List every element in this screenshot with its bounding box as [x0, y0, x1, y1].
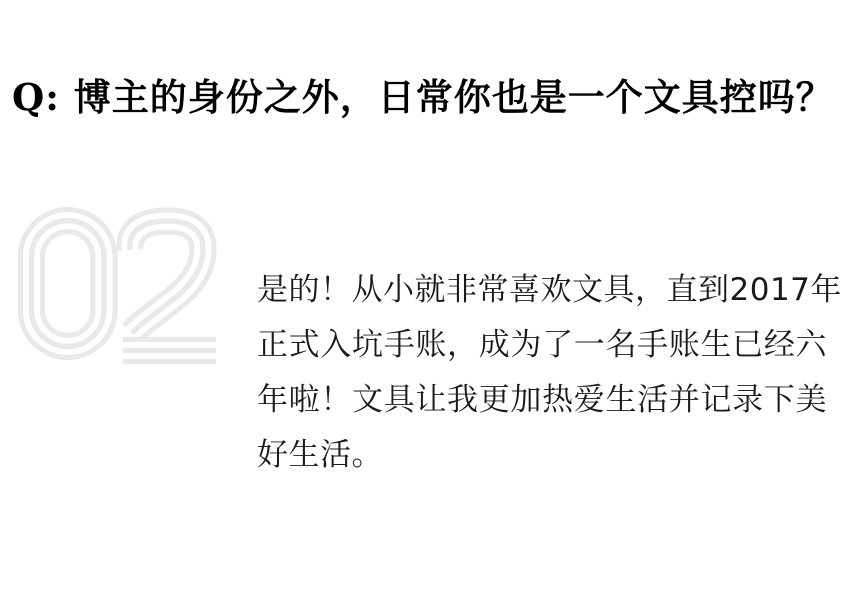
digit-two-outline: [123, 221, 216, 351]
section-number-outline-icon: [15, 203, 225, 373]
question-title: Q: 博主的身份之外，日常你也是一个文具控吗？: [12, 75, 834, 119]
answer-line: 好生活。: [257, 428, 827, 483]
answer-line: 正式入坑手账，成为了一名手账生已经六: [257, 318, 827, 373]
answer-paragraph: 是的！从小就非常喜欢文具，直到2017年 正式入坑手账，成为了一名手账生已经六 …: [257, 263, 827, 483]
section-number: 02: [15, 203, 225, 373]
section-number-value: 02: [15, 373, 16, 374]
digit-zero-outline: [31, 221, 104, 347]
page: Q: 博主的身份之外，日常你也是一个文具控吗？ 02 是的！从小就非常喜欢文具，…: [0, 0, 855, 592]
answer-line: 年啦！文具让我更加热爱生活并记录下美: [257, 373, 827, 428]
answer-line: 是的！从小就非常喜欢文具，直到2017年: [257, 263, 827, 318]
